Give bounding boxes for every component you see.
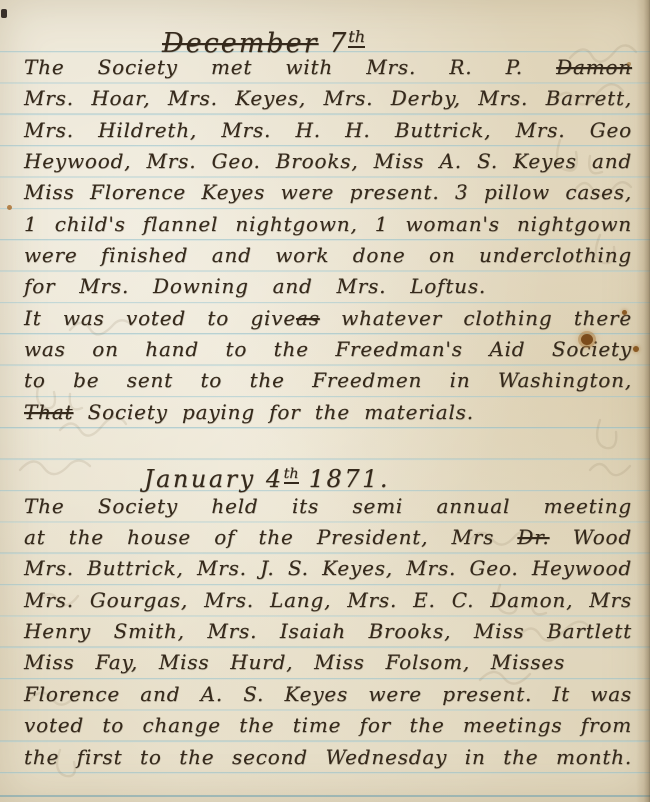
text-segment: Florence and A. S. Keyes were present. I… [24, 682, 632, 706]
text-segment: as [296, 306, 320, 330]
text-segment: th [284, 466, 299, 484]
text-segment: Mrs. Hoar, Mrs. Keyes, Mrs. Derby, Mrs. … [24, 86, 632, 110]
text-segment: at the house of the President, Mrs [24, 525, 517, 549]
text-segment: Miss Florence Keyes were present. 3 pill… [24, 180, 632, 204]
manuscript-line: for Mrs. Downing and Mrs. Loftus. [24, 271, 486, 302]
manuscript-line: the first to the second Wednesday in the… [24, 742, 632, 773]
text-segment: The Society met with Mrs. R. P. [24, 55, 556, 79]
manuscript-line: Mrs. Buttrick, Mrs. J. S. Keyes, Mrs. Ge… [24, 553, 632, 584]
manuscript-line: The Society met with Mrs. R. P. Damon [24, 52, 632, 83]
text-segment: Heywood, Mrs. Geo. Brooks, Miss A. S. Ke… [24, 149, 632, 173]
manuscript-line: Mrs. Gourgas, Mrs. Lang, Mrs. E. C. Damo… [24, 585, 632, 616]
text-segment: It was voted to give [24, 306, 296, 330]
text-segment: Henry Smith, Mrs. Isaiah Brooks, Miss Ba… [24, 619, 632, 643]
manuscript-line: were finished and work done on underclot… [24, 240, 632, 271]
manuscript-line: Henry Smith, Mrs. Isaiah Brooks, Miss Ba… [24, 616, 632, 647]
paper-speck [1, 9, 7, 18]
text-segment: th [348, 27, 365, 48]
text-segment: The Society held its semi annual meeting [24, 494, 632, 518]
manuscript-line: at the house of the President, Mrs Dr. W… [24, 522, 632, 553]
text-segment: voted to change the time for the meeting… [24, 713, 632, 737]
page-bottom-rule [0, 795, 650, 797]
manuscript-text: December 7thThe Society met with Mrs. R.… [24, 21, 632, 773]
text-segment: Wood [550, 525, 632, 549]
text-segment: were finished and work done on underclot… [24, 243, 632, 267]
manuscript-line: Heywood, Mrs. Geo. Brooks, Miss A. S. Ke… [24, 146, 632, 177]
manuscript-line: voted to change the time for the meeting… [24, 710, 632, 741]
manuscript-line: Miss Florence Keyes were present. 3 pill… [24, 177, 632, 208]
text-segment: whatever clothing there [320, 306, 632, 330]
text-segment: was on hand to the Freedman's Aid Societ… [24, 337, 632, 361]
manuscript-line: Florence and A. S. Keyes were present. I… [24, 679, 632, 710]
ink-stain [633, 346, 639, 352]
text-segment: Mrs. Buttrick, Mrs. J. S. Keyes, Mrs. Ge… [24, 556, 632, 580]
manuscript-line: 1 child's flannel nightgown, 1 woman's n… [24, 209, 632, 240]
manuscript-line: The Society held its semi annual meeting [24, 491, 632, 522]
manuscript-line: was on hand to the Freedman's Aid Societ… [24, 334, 632, 365]
manuscript-line: Mrs. Hoar, Mrs. Keyes, Mrs. Derby, Mrs. … [24, 83, 632, 114]
text-segment: January 4 [144, 465, 284, 493]
notebook-page: December 7thThe Society met with Mrs. R.… [0, 0, 650, 802]
text-segment: Damon [556, 55, 632, 79]
text-segment: Mrs. Hildreth, Mrs. H. H. Buttrick, Mrs.… [24, 118, 632, 142]
text-segment: 1871. [299, 465, 390, 493]
manuscript-line [24, 428, 632, 459]
entry-date-january: January 4th 1871. [24, 459, 632, 490]
manuscript-line: That Society paying for the materials. [24, 397, 474, 428]
text-segment: the first to the second Wednesday in the… [24, 745, 632, 769]
text-segment: That [24, 400, 73, 424]
entry-date-december: December 7th [24, 21, 632, 52]
text-segment: to be sent to the Freedmen in Washington… [24, 368, 632, 392]
manuscript-line: It was voted to giveas whatever clothing… [24, 303, 632, 334]
text-segment: 1 child's flannel nightgown, 1 woman's n… [24, 212, 632, 236]
manuscript-line: Miss Fay, Miss Hurd, Miss Folsom, Misses [24, 647, 565, 678]
manuscript-line: Mrs. Hildreth, Mrs. H. H. Buttrick, Mrs.… [24, 115, 632, 146]
manuscript-line: to be sent to the Freedmen in Washington… [24, 365, 632, 396]
text-segment: Society paying for the materials. [73, 400, 474, 424]
text-segment: Miss Fay, Miss Hurd, Miss Folsom, Misses [24, 650, 565, 674]
page-edge-shadow [636, 0, 650, 802]
text-segment: for Mrs. Downing and Mrs. Loftus. [24, 274, 486, 298]
text-segment: Dr. [517, 525, 549, 549]
text-segment: Mrs. Gourgas, Mrs. Lang, Mrs. E. C. Damo… [24, 588, 632, 612]
paper-speck [7, 205, 12, 210]
